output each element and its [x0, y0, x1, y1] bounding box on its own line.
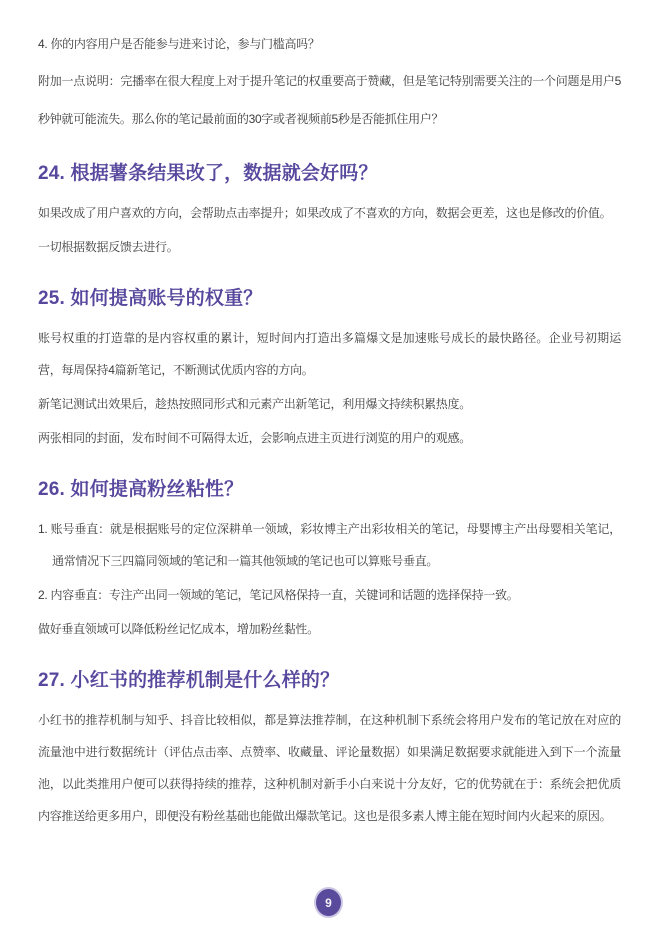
section-paragraph: 两张相同的封面，发布时间不可隔得太近，会影响点进主页进行浏览的用户的观感。	[38, 422, 621, 454]
section-paragraph: 账号权重的打造靠的是内容权重的累计，短时间内打造出多篇爆文是加速账号成长的最快路…	[38, 322, 621, 386]
page-number: 9	[325, 896, 332, 910]
section-paragraph: 新笔记测试出效果后，趁热按照同形式和元素产出新笔记，利用爆文持续积累热度。	[38, 388, 621, 420]
section-list-item: 1. 账号垂直：就是根据账号的定位深耕单一领域，彩妆博主产出彩妆相关的笔记，母婴…	[38, 513, 621, 577]
faq-section-25: 25. 如何提高账号的权重？ 账号权重的打造靠的是内容权重的累计，短时间内打造出…	[38, 285, 621, 454]
page-content: 4. 你的内容用户是否能参与进来讨论，参与门槛高吗？ 附加一点说明：完播率在很大…	[0, 0, 648, 832]
intro-note: 附加一点说明：完播率在很大程度上对于提升笔记的权重要高于赞藏，但是笔记特别需要关…	[38, 62, 621, 138]
section-paragraph: 小红书的推荐机制与知乎、抖音比较相似，都是算法推荐制，在这种机制下系统会将用户发…	[38, 704, 621, 832]
faq-section-27: 27. 小红书的推荐机制是什么样的？ 小红书的推荐机制与知乎、抖音比较相似，都是…	[38, 667, 621, 832]
faq-section-24: 24. 根据薯条结果改了，数据就会好吗？ 如果改成了用户喜欢的方向，会帮助点击率…	[38, 160, 621, 263]
document-page: 4. 你的内容用户是否能参与进来讨论，参与门槛高吗？ 附加一点说明：完播率在很大…	[0, 0, 648, 942]
section-paragraph: 做好垂直领域可以降低粉丝记忆成本，增加粉丝黏性。	[38, 613, 621, 645]
page-number-badge: 9	[316, 889, 341, 916]
section-paragraph: 一切根据数据反馈去进行。	[38, 231, 621, 263]
section-paragraph: 如果改成了用户喜欢的方向，会帮助点击率提升；如果改成了不喜欢的方向，数据会更差，…	[38, 197, 621, 229]
section-heading: 24. 根据薯条结果改了，数据就会好吗？	[38, 160, 621, 188]
section-list-item: 2. 内容垂直：专注产出同一领域的笔记，笔记风格保持一直，关键词和话题的选择保持…	[38, 579, 621, 611]
section-heading: 26. 如何提高粉丝粘性？	[38, 476, 621, 504]
section-heading: 25. 如何提高账号的权重？	[38, 285, 621, 313]
intro-question: 4. 你的内容用户是否能参与进来讨论，参与门槛高吗？	[38, 28, 621, 60]
section-heading: 27. 小红书的推荐机制是什么样的？	[38, 667, 621, 695]
faq-section-26: 26. 如何提高粉丝粘性？ 1. 账号垂直：就是根据账号的定位深耕单一领域，彩妆…	[38, 476, 621, 645]
